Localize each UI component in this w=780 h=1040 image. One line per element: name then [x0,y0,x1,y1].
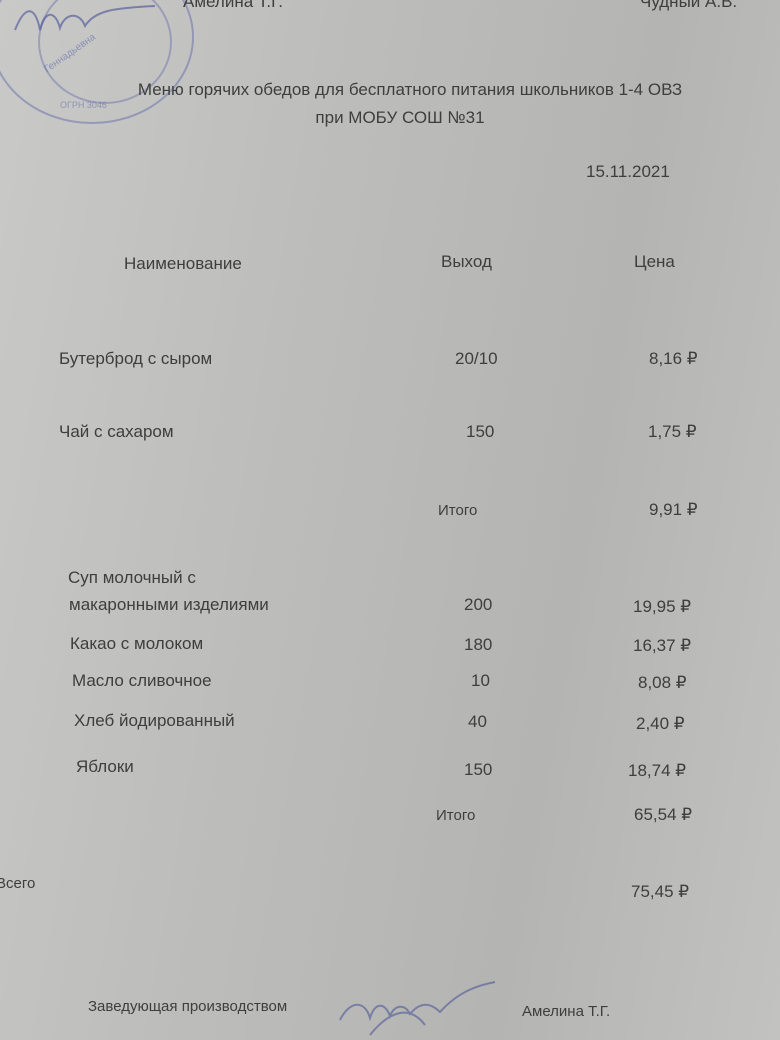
item-name: Чай с сахаром [59,422,174,442]
item-price: 8,16 ₽ [649,349,698,369]
item-name: Масло сливочное [72,671,212,691]
subtotal-label: Итого [436,807,475,824]
approver-left-name: Амелина Т.Г. [183,0,283,12]
item-price: 8,08 ₽ [638,673,687,693]
signature-footer [330,980,510,1040]
column-header-name: Наименование [124,254,242,274]
item-yield: 20/10 [455,349,498,369]
item-price: 1,75 ₽ [648,422,697,442]
item-yield: 180 [464,635,492,655]
item-yield: 200 [464,595,492,615]
subtotal-label: Итого [438,502,477,519]
page-title-line1: Меню горячих обедов для бесплатного пита… [0,80,780,100]
grand-total-price: 75,45 ₽ [631,882,689,902]
item-yield: 150 [464,760,492,780]
page-title-line2: при МОБУ СОШ №31 [0,108,780,128]
item-name: Бутерброд с сыром [59,349,212,369]
signature-top [5,0,165,40]
item-name: Яблоки [76,757,134,777]
grand-total-label: Всего [0,875,35,892]
subtotal-price: 65,54 ₽ [634,805,692,825]
item-price: 19,95 ₽ [633,597,691,617]
column-header-price: Цена [634,252,675,272]
menu-date: 15.11.2021 [586,162,670,182]
item-name: Суп молочный с [68,568,196,588]
item-price: 16,37 ₽ [633,636,691,656]
column-header-yield: Выход [441,252,492,272]
footer-name: Амелина Т.Г. [522,1003,610,1020]
footer-role: Заведующая производством [88,998,287,1015]
item-name: Какао с молоком [70,634,203,654]
item-price: 18,74 ₽ [628,761,686,781]
item-yield: 10 [471,671,490,691]
item-name-continued: макаронными изделиями [69,595,269,615]
item-price: 2,40 ₽ [636,714,685,734]
item-name: Хлеб йодированный [74,711,235,731]
approver-right-name: Чудный А.В. [640,0,737,12]
subtotal-price: 9,91 ₽ [649,500,698,520]
item-yield: 40 [468,712,487,732]
item-yield: 150 [466,422,494,442]
